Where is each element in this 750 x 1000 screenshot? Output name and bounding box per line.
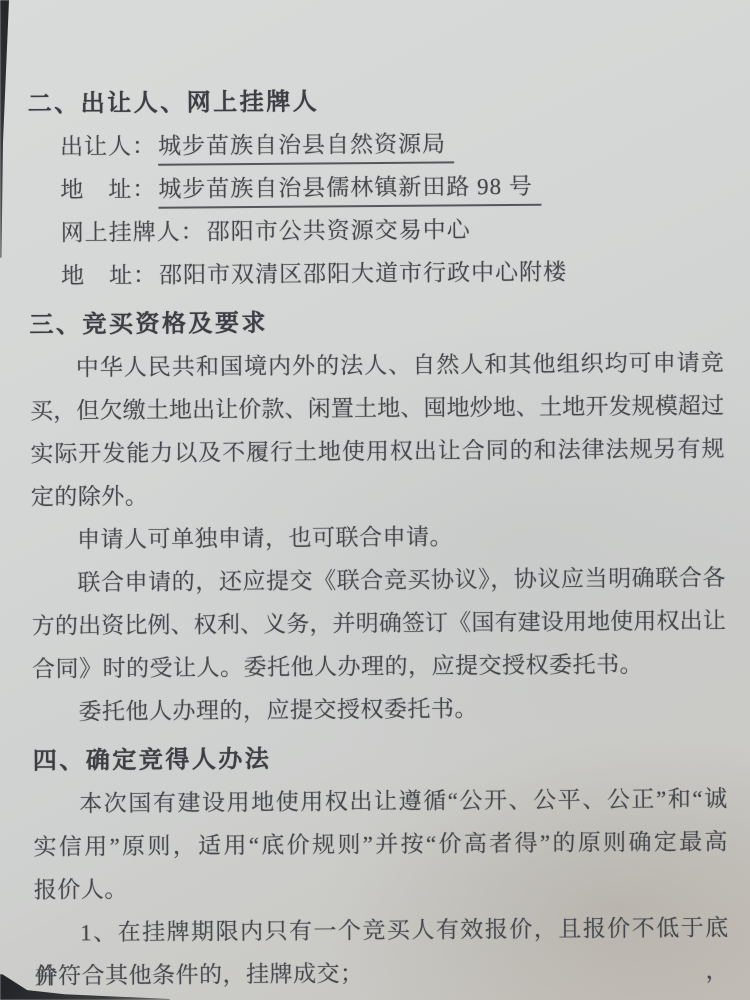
field-label: 网上挂牌人：: [61, 219, 205, 245]
body-line: 定的除外。: [31, 470, 725, 518]
body-line: 中华人民共和国境内外的法人、自然人和其他组织均可申请竞: [30, 341, 724, 389]
section-heading-3: 三、竞买资格及要求: [29, 298, 723, 346]
field-value: 邵阳市公共资源交易中心: [207, 217, 471, 244]
section-heading-4: 四、确定竞得人办法: [33, 734, 727, 782]
body-line: 报价人。: [34, 863, 728, 911]
body-line: 申请人可单独申请，也可联合申请。: [31, 513, 725, 561]
body-line: 实信用”原则，适用“底价规则”并按“价高者得”的原则确定最高: [33, 820, 727, 868]
document-photo: 二、出让人、网上挂牌人 出让人：城步苗族自治县自然资源局 地 址：城步苗族自治县…: [0, 0, 750, 1000]
field-transferor: 出让人：城步苗族自治县自然资源局: [60, 120, 722, 168]
body-line: 1、在挂牌期限内只有一个竞买人有效报价，且报价不低于底价，: [34, 906, 728, 954]
field-listing-party-address: 地 址：邵阳市双清区邵阳大道市行政中心附楼: [61, 249, 723, 297]
body-line: 委托他人办理的，应提交授权委托书。: [32, 685, 726, 733]
document-body: 二、出让人、网上挂牌人 出让人：城步苗族自治县自然资源局 地 址：城步苗族自治县…: [27, 0, 729, 998]
field-value-underlined: 城步苗族自治县自然资源局: [158, 129, 454, 165]
body-line: 买，但欠缴土地出让价款、闲置土地、囤地炒地、土地开发规模超过: [30, 384, 724, 432]
body-line: 合同》时的受让人。委托他人办理的，应提交授权委托书。: [32, 642, 726, 690]
body-line: 本次国有建设用地使用权出让遵循“公开、公平、公正”和“诚: [33, 777, 727, 825]
field-transferor-address: 地 址：城步苗族自治县儒林镇新田路 98 号: [60, 163, 722, 211]
section-heading-2: 二、出让人、网上挂牌人: [28, 77, 722, 125]
body-line: 联合申请的，还应提交《联合竞买协议》，协议应当明确联合各: [31, 556, 725, 604]
field-label: 地 址：: [61, 263, 157, 289]
field-online-listing-party: 网上挂牌人：邵阳市公共资源交易中心: [61, 206, 723, 254]
body-line: 实际开发能力以及不履行土地使用权出让合同的和法律法规另有规: [30, 427, 724, 475]
field-value: 邵阳市双清区邵阳大道市行政中心附楼: [159, 260, 567, 288]
body-line: 方的出资比例、权利、义务，并明确签订《国有建设用地使用权出让: [32, 599, 726, 647]
field-label: 出让人：: [60, 134, 156, 160]
field-value-underlined: 城步苗族自治县儒林镇新田路 98 号: [158, 172, 541, 209]
field-label: 地 址：: [60, 177, 156, 203]
photo-edge-shadow-top-left: [0, 0, 14, 258]
